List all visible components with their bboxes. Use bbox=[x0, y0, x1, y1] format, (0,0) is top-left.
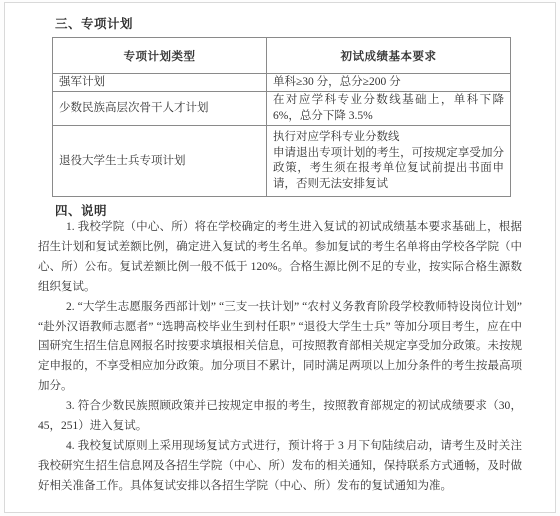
cell-plan-type-2: 少数民族高层次骨干人才计划 bbox=[53, 92, 267, 126]
note-paragraph-3: 3. 符合少数民族照顾政策并已按规定申报的考生，按照教育部规定的初试成绩要求（3… bbox=[38, 397, 522, 437]
requirement-line-2: 申请退出专项计划的考生，可按规定享受加分政策，考生须在报考单位复试前提出书面申请… bbox=[273, 146, 504, 192]
section-heading-special-plans: 三、专项计划 bbox=[55, 14, 133, 32]
section-heading-notes: 四、说明 bbox=[55, 201, 107, 219]
cell-requirement-1: 单科≥30 分，总分≥200 分 bbox=[267, 74, 511, 92]
requirement-line-1: 执行对应学科专业分数线 bbox=[273, 130, 504, 145]
note-paragraph-1: 1. 我校学院（中心、所）将在学校确定的考生进入复试的初试成绩基本要求基础上，根… bbox=[38, 218, 522, 298]
column-header-plan-type: 专项计划类型 bbox=[53, 38, 267, 74]
cell-requirement-3: 执行对应学科专业分数线 申请退出专项计划的考生，可按规定享受加分政策，考生须在报… bbox=[267, 126, 511, 197]
table-row: 少数民族高层次骨干人才计划 在对应学科专业分数线基础上，单科下降 6%，总分下降… bbox=[53, 92, 511, 126]
note-paragraph-4: 4. 我校复试原则上采用现场复试方式进行，预计将于 3 月下旬陆续启动，请考生及… bbox=[38, 437, 522, 497]
note-paragraph-2: 2. “大学生志愿服务西部计划” “三支一扶计划” “农村义务教育阶段学校教师特… bbox=[38, 298, 522, 398]
column-header-score-requirement: 初试成绩基本要求 bbox=[267, 38, 511, 74]
table-row: 退役大学生士兵专项计划 执行对应学科专业分数线 申请退出专项计划的考生，可按规定… bbox=[53, 126, 511, 197]
notes-section: 1. 我校学院（中心、所）将在学校确定的考生进入复试的初试成绩基本要求基础上，根… bbox=[38, 218, 522, 497]
table-row: 强军计划 单科≥30 分，总分≥200 分 bbox=[53, 74, 511, 92]
cell-requirement-2: 在对应学科专业分数线基础上，单科下降 6%，总分下降 3.5% bbox=[267, 92, 511, 126]
special-plans-table: 专项计划类型 初试成绩基本要求 强军计划 单科≥30 分，总分≥200 分 少数… bbox=[52, 37, 511, 197]
cell-plan-type-3: 退役大学生士兵专项计划 bbox=[53, 126, 267, 197]
table-header-row: 专项计划类型 初试成绩基本要求 bbox=[53, 38, 511, 74]
cell-plan-type-1: 强军计划 bbox=[53, 74, 267, 92]
